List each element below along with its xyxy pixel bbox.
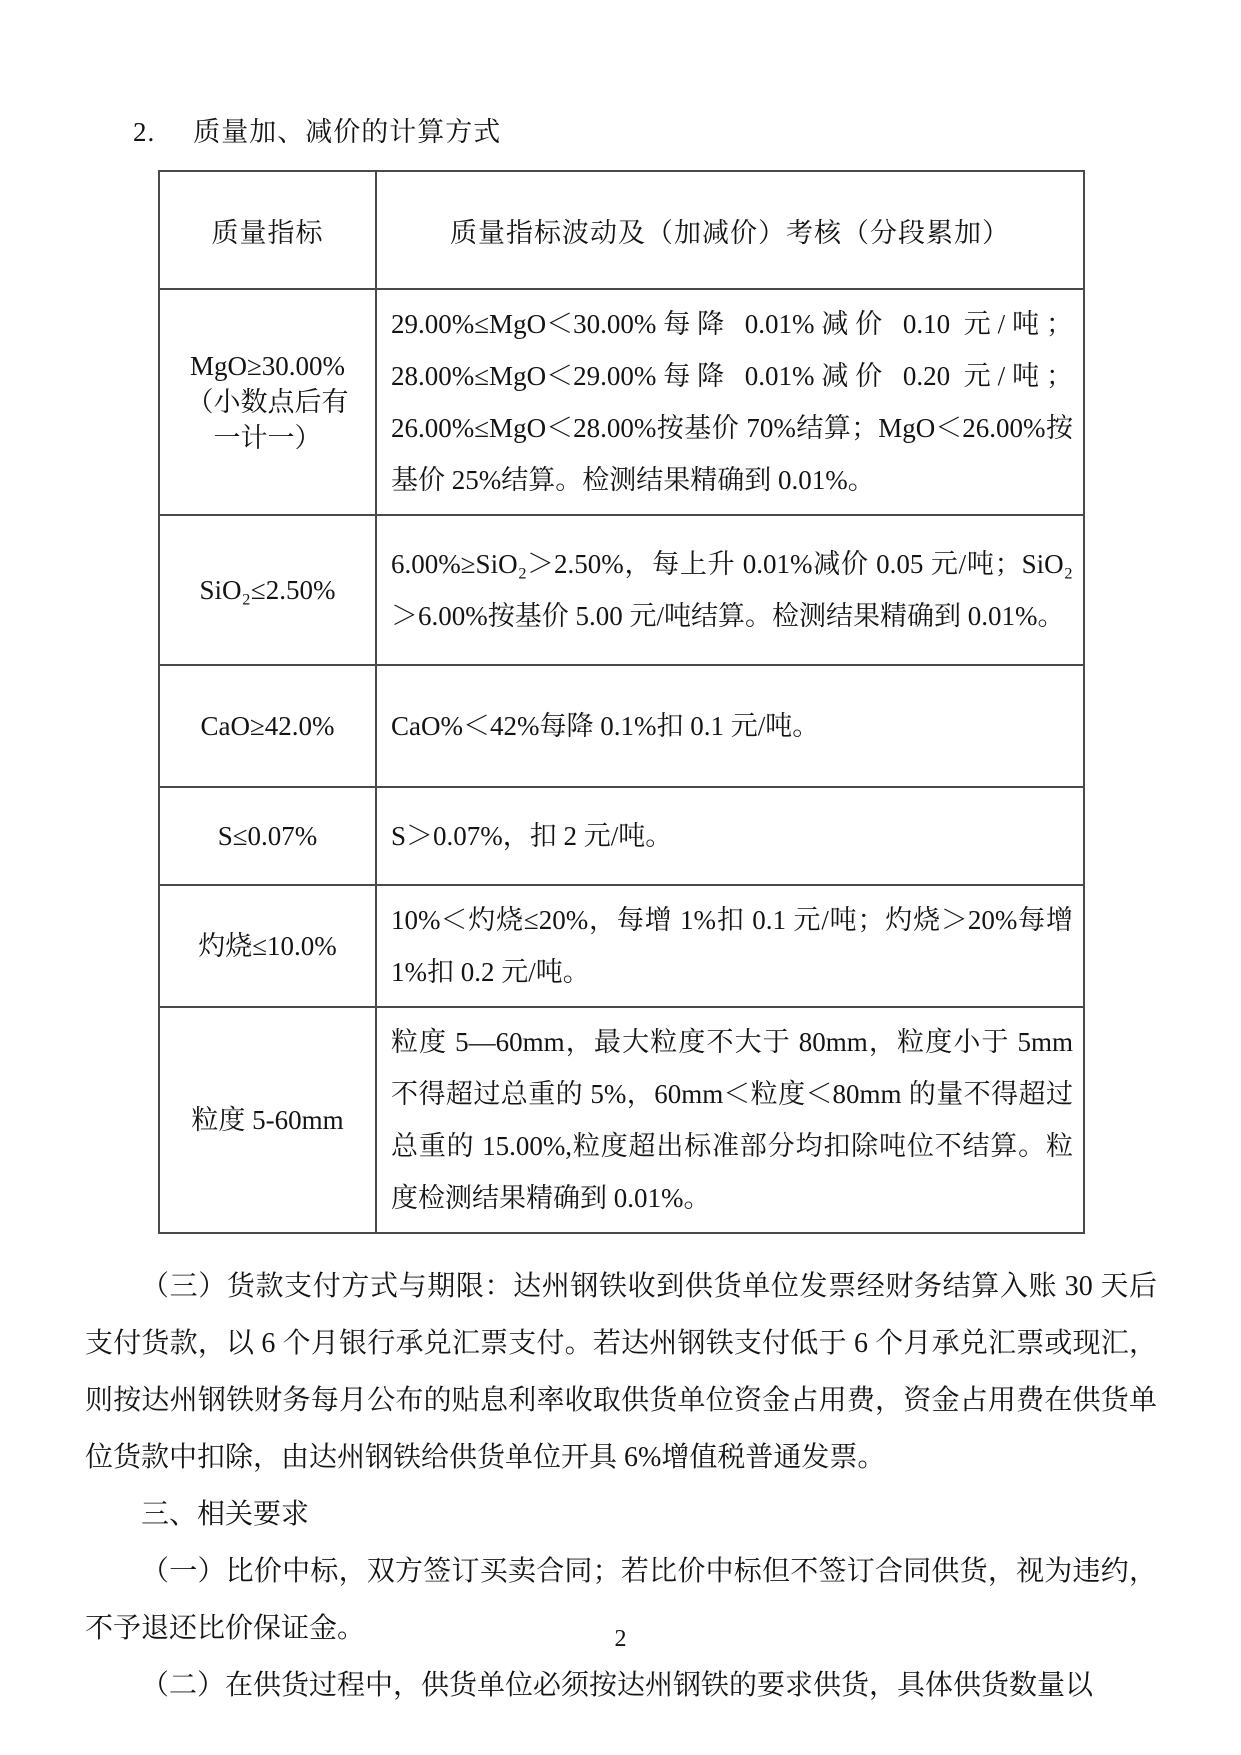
table-row-particle-size: 粒度 5-60mm 粒度 5—60mm，最大粒度不大于 80mm，粒度小于 5m…: [159, 1007, 1084, 1233]
section-heading-title: 质量加、减价的计算方式: [193, 117, 501, 147]
quality-pricing-table: 质量指标 质量指标波动及（加减价）考核（分段累加） MgO≥30.00%（小数点…: [158, 170, 1085, 1234]
page-number: 2: [0, 1626, 1241, 1653]
indicator-cell: MgO≥30.00%（小数点后有一计一）: [159, 289, 376, 515]
table-row-mgo: MgO≥30.00%（小数点后有一计一） 29.00%≤MgO＜30.00%每降…: [159, 289, 1084, 515]
document-page: 2.质量加、减价的计算方式 质量指标 质量指标波动及（加减价）考核（分段累加） …: [0, 0, 1241, 1755]
table-row-sio2: SiO₂≤2.50% 6.00%≥SiO₂＞2.50%，每上升 0.01%减价 …: [159, 515, 1084, 665]
rule-cell: S＞0.07%，扣 2 元/吨。: [376, 787, 1084, 885]
indicator-cell: SiO₂≤2.50%: [159, 515, 376, 665]
rule-cell: 6.00%≥SiO₂＞2.50%，每上升 0.01%减价 0.05 元/吨；Si…: [376, 515, 1084, 665]
table-row-cao: CaO≥42.0% CaO%＜42%每降 0.1%扣 0.1 元/吨。: [159, 665, 1084, 787]
table-header-row: 质量指标 质量指标波动及（加减价）考核（分段累加）: [159, 171, 1084, 289]
page-content: 2.质量加、减价的计算方式 质量指标 质量指标波动及（加减价）考核（分段累加） …: [85, 112, 1157, 1714]
section-heading-requirements: 三、相关要求: [85, 1486, 1157, 1543]
rule-cell: 粒度 5—60mm，最大粒度不大于 80mm，粒度小于 5mm 不得超过总重的 …: [376, 1007, 1084, 1233]
indicator-cell: 粒度 5-60mm: [159, 1007, 376, 1233]
indicator-cell: 灼烧≤10.0%: [159, 885, 376, 1007]
header-cell-indicator: 质量指标: [159, 171, 376, 289]
rule-cell: 10%＜灼烧≤20%，每增 1%扣 0.1 元/吨；灼烧＞20%每增 1%扣 0…: [376, 885, 1084, 1007]
header-cell-rule: 质量指标波动及（加减价）考核（分段累加）: [376, 171, 1084, 289]
table-row-ignition-loss: 灼烧≤10.0% 10%＜灼烧≤20%，每增 1%扣 0.1 元/吨；灼烧＞20…: [159, 885, 1084, 1007]
rule-cell: 29.00%≤MgO＜30.00%每降 0.01%减价 0.10 元/吨；28.…: [376, 289, 1084, 515]
paragraph-requirement-2: （二）在供货过程中，供货单位必须按达州钢铁的要求供货，具体供货数量以: [85, 1657, 1157, 1714]
rule-cell: CaO%＜42%每降 0.1%扣 0.1 元/吨。: [376, 665, 1084, 787]
indicator-cell: S≤0.07%: [159, 787, 376, 885]
table-row-sulfur: S≤0.07% S＞0.07%，扣 2 元/吨。: [159, 787, 1084, 885]
section-heading-number: 2.: [133, 117, 155, 147]
indicator-cell: CaO≥42.0%: [159, 665, 376, 787]
section-heading: 2.质量加、减价的计算方式: [133, 112, 1157, 152]
paragraph-payment-terms: （三）货款支付方式与期限：达州钢铁收到供货单位发票经财务结算入账 30 天后支付…: [85, 1258, 1157, 1486]
